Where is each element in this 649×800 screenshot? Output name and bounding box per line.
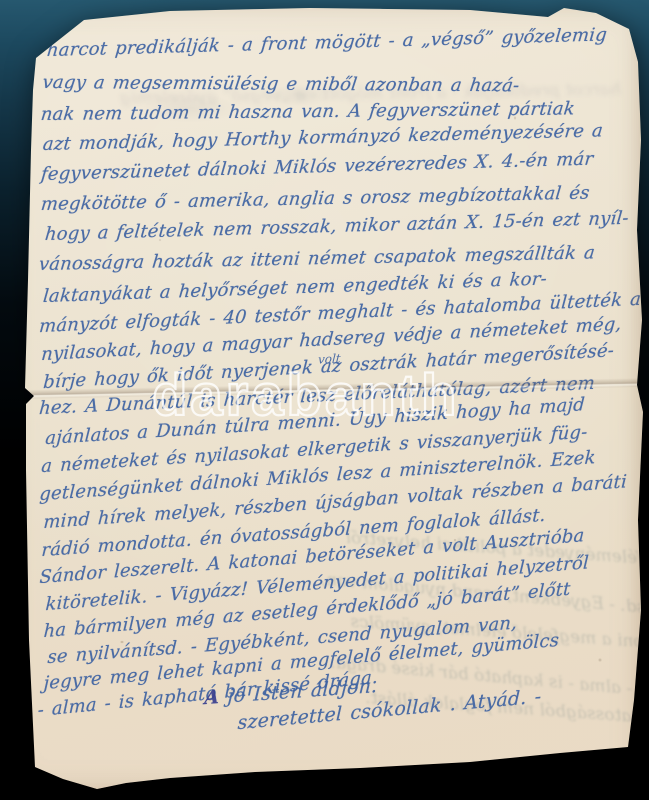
letter-paper-wrap: kitöretelik. - Vigyázz! Véleményedet a p… bbox=[0, 0, 649, 800]
inserted-word-annotation: volt bbox=[318, 351, 342, 366]
handwriting-line: fegyverszünetet dálnoki Miklós vezérezre… bbox=[40, 149, 594, 185]
handwriting-line: hogy a feltételek nem rosszak, mikor azt… bbox=[44, 208, 630, 245]
handwriting-line: nak nem tudom mi haszna van. A fegyversz… bbox=[40, 98, 576, 125]
handwriting-line: harcot predikálják - a front mögött - a … bbox=[46, 24, 608, 61]
letter-paper: kitöretelik. - Vigyázz! Véleményedet a p… bbox=[0, 0, 649, 800]
scanned-letter-photo: kitöretelik. - Vigyázz! Véleményedet a p… bbox=[0, 0, 649, 800]
handwriting-line: vagy a megsemmisülésig e miből azonban a… bbox=[41, 72, 521, 96]
handwritten-text-block: harcot predikálják - a front mögött - a … bbox=[0, 0, 649, 800]
